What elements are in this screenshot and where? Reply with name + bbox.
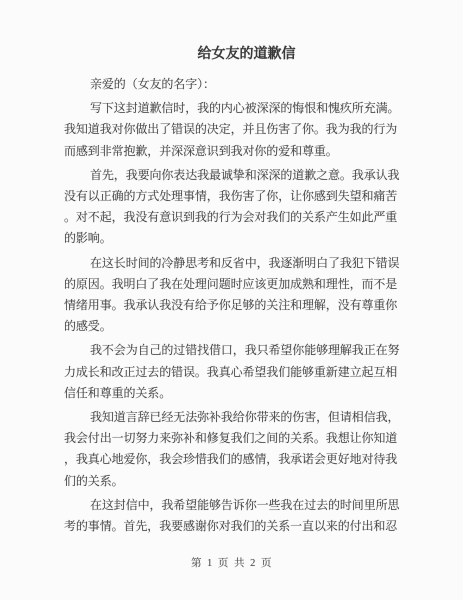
letter-line: 的原因。我明白了我在处理问题时应该更加成熟和理性，而不是 xyxy=(64,274,400,295)
paragraph: 在这长时间的冷静思考和反省中，我逐渐明白了我犯下错误的原因。我明白了我在处理问题… xyxy=(64,253,400,338)
letter-line: ，我真心地爱你，我会珍惜我们的感情，我承诺会更好地对待我 xyxy=(64,449,400,470)
page-title: 给女友的道歉信 xyxy=(64,46,400,64)
salutation: 亲爱的（女友的名字）： xyxy=(64,74,400,95)
letter-body: 写下这封道歉信时，我的内心被深深的悔恨和愧疚所充满。我知道我对你做出了错误的决定… xyxy=(64,98,400,537)
letter-line: 我会付出一切努力来弥补和修复我们之间的关系。我想让你知道 xyxy=(64,428,400,449)
letter-line: 情绪用事。我承认我没有给予你足够的关注和理解，没有尊重你 xyxy=(64,295,400,316)
letter-line: 。对不起，我没有意识到我的行为会对我们的关系产生如此严重 xyxy=(64,207,400,228)
letter-line: 在这封信中，我希望能够告诉你一些我在过去的时间里所思 xyxy=(64,495,400,516)
letter-line: 首先，我要向你表达我最诚挚和深深的道歉之意。我承认我 xyxy=(64,165,400,186)
letter-line: 们的关系。 xyxy=(64,471,400,492)
letter-line: 在这长时间的冷静思考和反省中，我逐渐明白了我犯下错误 xyxy=(64,253,400,274)
paragraph: 我不会为自己的过错找借口，我只希望你能够理解我正在努力成长和改正过去的错误。我真… xyxy=(64,340,400,404)
paragraph: 我知道言辞已经无法弥补我给你带来的伤害，但请相信我，我会付出一切努力来弥补和修复… xyxy=(64,407,400,492)
paragraph: 首先，我要向你表达我最诚挚和深深的道歉之意。我承认我没有以正确的方式处理事情，我… xyxy=(64,165,400,250)
letter-line: 考的事情。首先，我要感谢你对我们的关系一直以来的付出和忍 xyxy=(64,516,400,537)
letter-line: 我知道我对你做出了错误的决定，并且伤害了你。我为我的行为 xyxy=(64,119,400,140)
letter-line: 信任和尊重的关系。 xyxy=(64,383,400,404)
letter-line: 我不会为自己的过错找借口，我只希望你能够理解我正在努 xyxy=(64,340,400,361)
letter-line: 的影响。 xyxy=(64,228,400,249)
paragraph: 写下这封道歉信时，我的内心被深深的悔恨和愧疚所充满。我知道我对你做出了错误的决定… xyxy=(64,98,400,162)
letter-line: 写下这封道歉信时，我的内心被深深的悔恨和愧疚所充满。 xyxy=(64,98,400,119)
letter-line: 而感到非常抱歉，并深深意识到我对你的爱和尊重。 xyxy=(64,141,400,162)
letter-line: 没有以正确的方式处理事情，我伤害了你，让你感到失望和痛苦 xyxy=(64,186,400,207)
paragraph: 在这封信中，我希望能够告诉你一些我在过去的时间里所思考的事情。首先，我要感谢你对… xyxy=(64,495,400,537)
letter-line: 的感受。 xyxy=(64,316,400,337)
document-page: 给女友的道歉信 亲爱的（女友的名字）： 写下这封道歉信时，我的内心被深深的悔恨和… xyxy=(0,0,463,600)
letter-line: 我知道言辞已经无法弥补我给你带来的伤害，但请相信我， xyxy=(64,407,400,428)
page-number: 第 1 页 共 2 页 xyxy=(64,557,400,571)
letter-line: 力成长和改正过去的错误。我真心希望我们能够重新建立起互相 xyxy=(64,362,400,383)
